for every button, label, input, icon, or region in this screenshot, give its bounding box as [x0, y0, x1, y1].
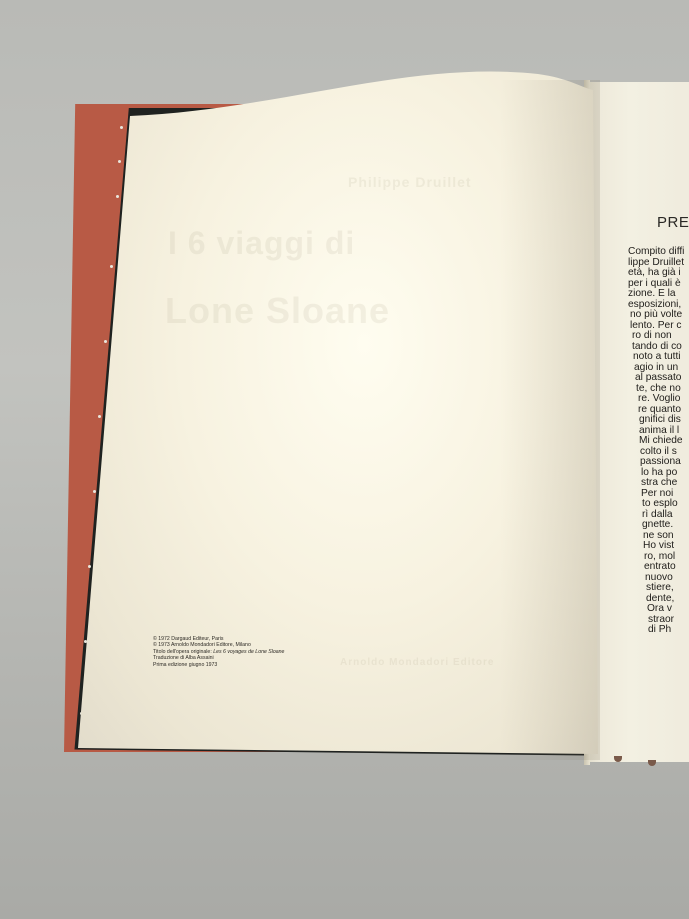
dot	[84, 640, 87, 643]
show-through-title-line1: I 6 viaggi di	[168, 225, 355, 262]
preface-line: Mi chiede	[628, 436, 689, 447]
preface-line: Ho vist	[628, 541, 689, 552]
preface-line: stra che	[628, 478, 689, 489]
dot	[110, 265, 113, 268]
show-through-publisher: Arnoldo Mondadori Editore	[340, 657, 494, 668]
preface-line: età, ha già i	[628, 268, 689, 279]
dot	[88, 565, 91, 568]
preface-line: Ora v	[628, 604, 689, 615]
preface-line: ro di non	[628, 331, 689, 342]
colophon-prefix: Titolo dell'opera originale:	[153, 649, 213, 655]
dot	[116, 195, 119, 198]
dot	[120, 126, 123, 129]
show-through-title-line2: Lone Sloane	[165, 290, 390, 332]
preface-title: PREFAZIONE	[657, 214, 689, 231]
preface-line: gnifici dis	[628, 415, 689, 426]
dot	[93, 490, 96, 493]
preface-line: gnette.	[628, 520, 689, 531]
original-title: Les 6 voyages de Lone Sloane	[213, 649, 284, 655]
colophon: © 1972 Dargaud Editeur, Paris © 1973 Arn…	[153, 636, 284, 668]
preface-line: no più volte	[628, 310, 689, 321]
preface-body: Compito diffilippe Druilletetà, ha già i…	[628, 247, 689, 636]
dot	[104, 340, 107, 343]
preface-line: di Ph	[628, 625, 689, 636]
preface-line: entrato	[628, 562, 689, 573]
photo-scene: Philippe Druillet I 6 viaggi di Lone Slo…	[0, 0, 689, 919]
show-through-author: Philippe Druillet	[348, 174, 472, 190]
torn-edge	[648, 760, 656, 766]
preface-line: Compito diffi	[628, 247, 689, 258]
dot	[98, 415, 101, 418]
preface-line: al passato	[628, 373, 689, 384]
preface-line: passiona	[628, 457, 689, 468]
preface-line: noto a tutti	[628, 352, 689, 363]
preface-line: re. Voglio	[628, 394, 689, 405]
dot	[118, 160, 121, 163]
preface-line: zione. E la	[628, 289, 689, 300]
colophon-line: Prima edizione giugno 1973	[153, 662, 284, 668]
preface-line: to esplo	[628, 499, 689, 510]
preface-line: stiere,	[628, 583, 689, 594]
